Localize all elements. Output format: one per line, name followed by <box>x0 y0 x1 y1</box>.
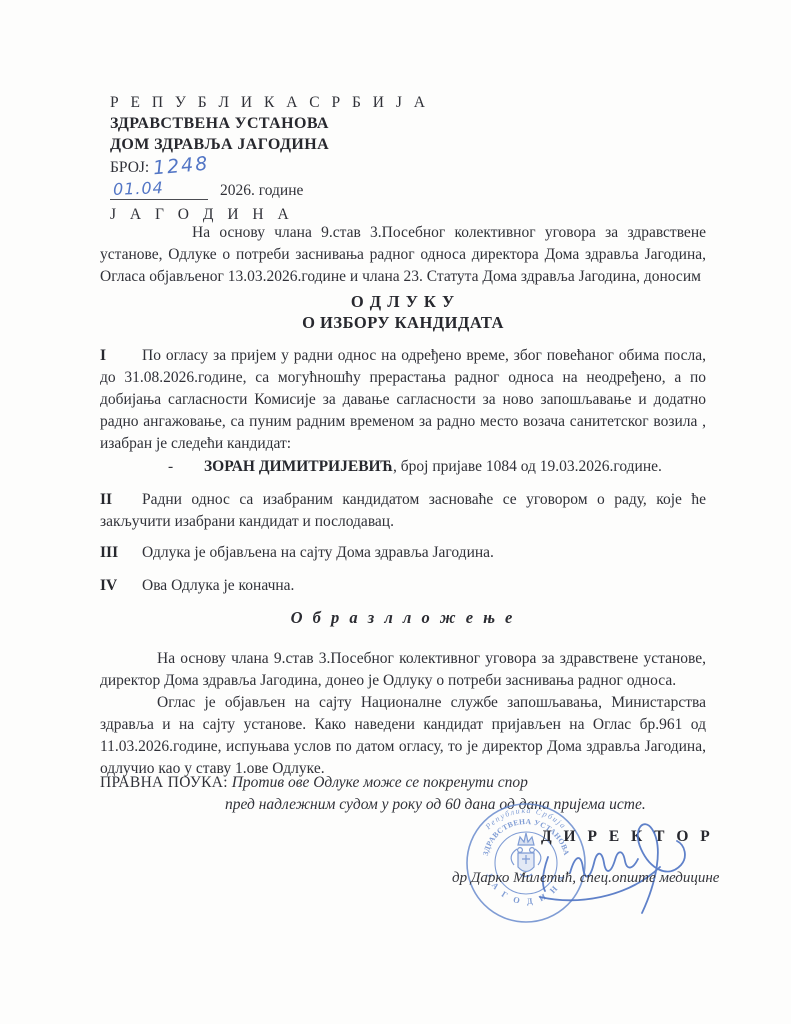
legal-label: ПРАВНА ПОУКА: <box>100 774 228 791</box>
section-i-text: По огласу за пријем у радни однос на одр… <box>100 347 706 452</box>
section-iii: IIIОдлука је објављена на сајту Дома здр… <box>100 542 706 564</box>
rationale-paragraph-2: Оглас је објављен на сајту Националне сл… <box>100 692 706 780</box>
decision-subtitle: О ИЗБОРУ КАНДИДАТА <box>100 312 706 334</box>
section-iv-text: Ова Одлука је коначна. <box>142 577 294 594</box>
doc-number-row: БРОЈ: 1248 <box>110 156 429 178</box>
date-handwritten: 01.04 <box>113 177 165 200</box>
rationale-block: На основу члана 9.став 3.Посебног колект… <box>100 648 706 780</box>
section-i-numeral: I <box>100 345 142 367</box>
institution-name: ДОМ ЗДРАВЉА ЈАГОДИНА <box>110 134 429 155</box>
institution-type: ЗДРАВСТВЕНА УСТАНОВА <box>110 113 429 134</box>
date-suffix: 2026. године <box>220 180 303 201</box>
rationale-heading: О б р а з л л о ж е њ е <box>100 607 706 629</box>
candidate-dash: - <box>168 456 204 478</box>
section-ii-text: Радни однос са изабраним кандидатом засн… <box>100 491 706 530</box>
legal-text-1: Против ове Одлуке може се покренути спор <box>232 774 528 791</box>
section-iv-numeral: IV <box>100 575 142 597</box>
candidate-details: , број пријаве 1084 од 19.03.2026.године… <box>393 458 662 475</box>
section-ii-numeral: II <box>100 489 142 511</box>
section-ii: IIРадни однос са изабраним кандидатом за… <box>100 489 706 533</box>
decision-title: О Д Л У К У <box>100 291 706 313</box>
doc-number-label: БРОЈ: <box>110 159 149 176</box>
section-iii-numeral: III <box>100 542 142 564</box>
section-iii-text: Одлука је објављена на сајту Дома здрављ… <box>142 544 494 561</box>
section-i: IПо огласу за пријем у радни однос на од… <box>100 345 706 455</box>
section-iv: IVОва Одлука је коначна. <box>100 575 706 597</box>
candidate-line: -ЗОРАН ДИМИТРИЈЕВИЋ, број пријаве 1084 о… <box>168 456 708 478</box>
doc-number-handwritten: 1248 <box>152 154 210 180</box>
rationale-paragraph-1: На основу члана 9.став 3.Посебног колект… <box>100 648 706 692</box>
country-line: Р Е П У Б Л И К А С Р Б И Ј А <box>110 92 429 113</box>
director-name: др Дарко Милетић, спец.опште медицине <box>452 867 719 889</box>
date-row: 01.04 2026. године <box>110 180 429 202</box>
scanned-decision-document: Р Е П У Б Л И К А С Р Б И Ј А ЗДРАВСТВЕН… <box>0 0 791 1024</box>
director-signature <box>520 805 720 925</box>
letterhead: Р Е П У Б Л И К А С Р Б И Ј А ЗДРАВСТВЕН… <box>110 92 429 225</box>
legal-line-1: ПРАВНА ПОУКА: Против ове Одлуке може се … <box>100 772 706 794</box>
candidate-name: ЗОРАН ДИМИТРИЈЕВИЋ <box>204 458 393 475</box>
intro-paragraph: На основу члана 9.став 3.Посебног колект… <box>100 222 706 288</box>
